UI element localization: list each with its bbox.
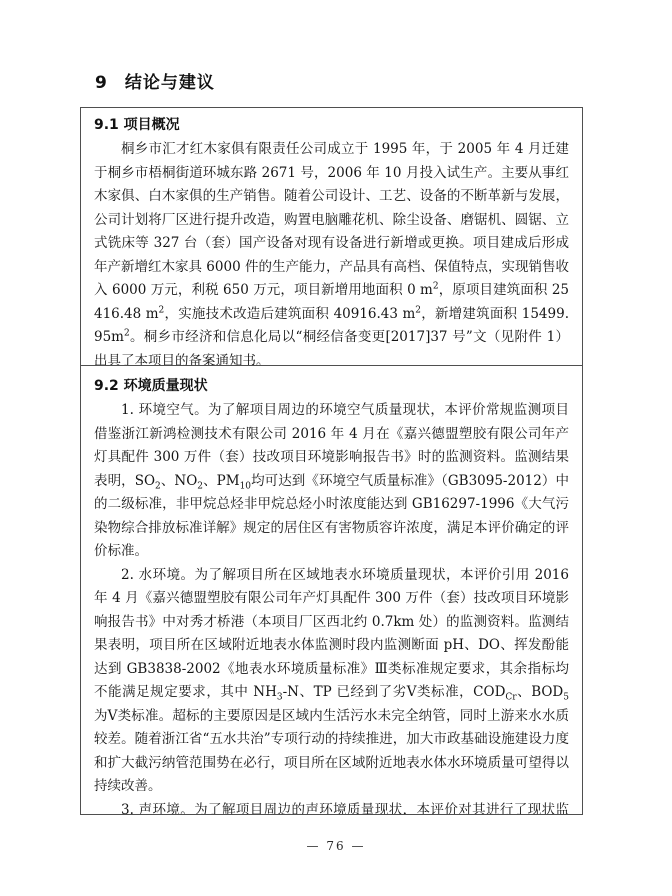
- section-environmental-quality: 9.2 环境质量现状 1. 环境空气。为了解项目周边的环境空气质量现状，本评价常…: [80, 365, 583, 815]
- section-project-overview: 9.1 项目概况 桐乡市汇才红木家俱有限责任公司成立于 1995 年，于 200…: [80, 107, 583, 366]
- section-9-2-paragraph-air: 1. 环境空气。为了解项目周边的环境空气质量现状，本评价常规监测项目借鉴浙江新鸿…: [94, 399, 569, 564]
- section-9-2-paragraph-water: 2. 水环境。为了解项目所在区域地表水环境质量现状，本评价引用 2016 年 4…: [94, 564, 569, 799]
- chapter-heading: 9结论与建议: [95, 68, 215, 93]
- chapter-title-text: 结论与建议: [125, 73, 215, 93]
- section-9-1-paragraph: 桐乡市汇才红木家俱有限责任公司成立于 1995 年，于 2005 年 4 月迁建…: [94, 138, 569, 366]
- section-heading-9-2: 9.2 环境质量现状: [94, 374, 569, 399]
- document-page: 9结论与建议 9.1 项目概况 桐乡市汇才红木家俱有限责任公司成立于 1995 …: [0, 0, 672, 896]
- page-number: — 76 —: [0, 839, 672, 853]
- chapter-number: 9: [95, 73, 108, 93]
- section-heading-9-1: 9.1 项目概况: [94, 113, 569, 138]
- section-9-2-paragraph-noise: 3. 声环境。为了解项目周边的声环境质量现状，本评价对其进行了现状监测。监测结果…: [94, 799, 569, 816]
